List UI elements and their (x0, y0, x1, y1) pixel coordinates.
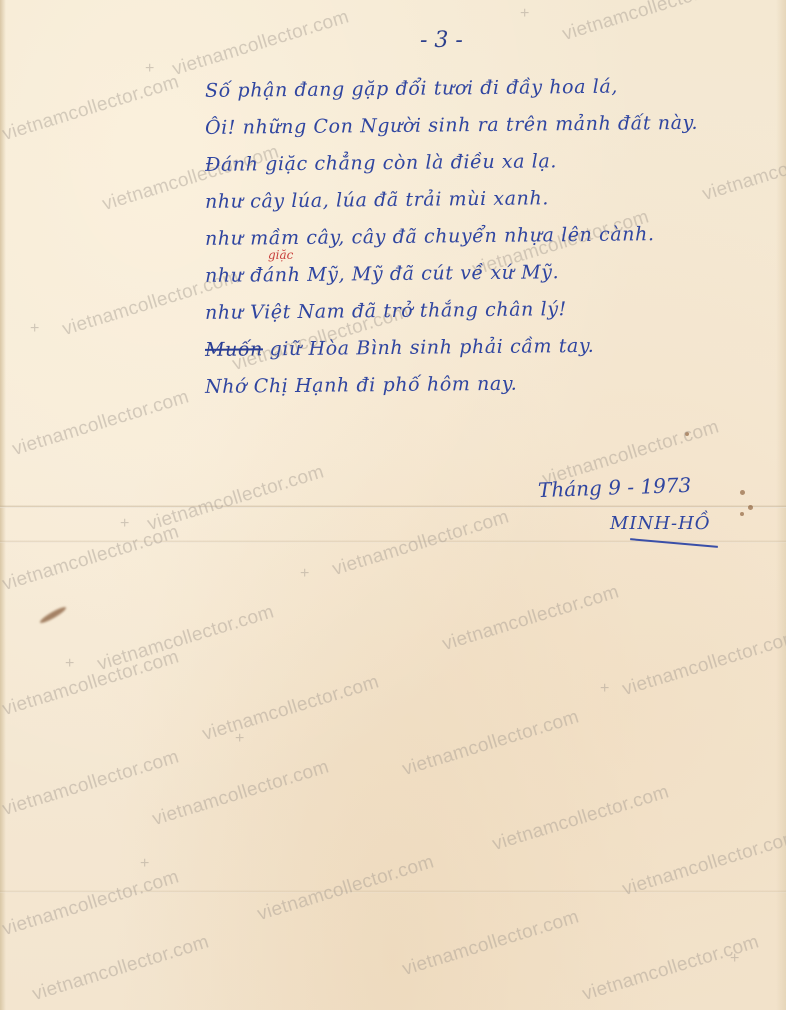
ink-stain (740, 512, 744, 516)
letter-line: như đánh Mỹ, Mỹ đã cút về xứ Mỹ. (205, 252, 765, 295)
watermark-plus: + (145, 60, 154, 78)
watermark: vietnamcollector.com (400, 906, 582, 981)
watermark: vietnamcollector.com (0, 866, 182, 941)
watermark: vietnamcollector.com (620, 626, 786, 701)
watermark: vietnamcollector.com (580, 931, 762, 1006)
letter-body: Số phận đang gặp đổi tươi đi đầy hoa lá,… (205, 70, 765, 403)
watermark-plus: + (520, 5, 529, 23)
watermark: vietnamcollector.com (330, 506, 512, 581)
letter-line-with-strike: Muốn giữ Hòa Bình sinh phải cầm tay. (205, 326, 765, 369)
watermark-plus: + (235, 730, 244, 748)
watermark: vietnamcollector.com (10, 386, 192, 461)
ink-stain (39, 605, 68, 625)
watermark-plus: + (65, 655, 74, 673)
letter-line: như Việt Nam đã trở thắng chân lý! (205, 289, 765, 332)
watermark-plus: + (730, 950, 739, 968)
watermark: vietnamcollector.com (560, 0, 742, 46)
letter-date: Tháng 9 - 1973 (538, 472, 719, 502)
letter-line: Số phận đang gặp đổi tươi đi đầy hoa lá, (205, 67, 765, 110)
watermark: vietnamcollector.com (200, 671, 382, 746)
letter-line: như cây lúa, lúa đã trải mùi xanh. (205, 178, 765, 221)
watermark-plus: + (120, 515, 129, 533)
watermark-plus: + (600, 680, 609, 698)
letter-line: Đánh giặc chẳng còn là điều xa lạ. (205, 141, 765, 184)
struck-word: Muốn (205, 338, 263, 361)
watermark: vietnamcollector.com (30, 931, 212, 1006)
letter-line: Nhớ Chị Hạnh đi phố hôm nay. (205, 363, 765, 406)
watermark: vietnamcollector.com (440, 581, 622, 656)
watermark: vietnamcollector.com (0, 521, 182, 596)
letter-line: Ôi! những Con Người sinh ra trên mảnh đấ… (205, 104, 765, 147)
letter-page: vietnamcollector.com vietnamcollector.co… (0, 0, 786, 1010)
letter-line-text: giữ Hòa Bình sinh phải cầm tay. (269, 335, 594, 360)
letter-closing: Tháng 9 - 1973 MINH-HỒ (538, 475, 718, 544)
watermark-plus: + (140, 855, 149, 873)
watermark: vietnamcollector.com (490, 781, 672, 856)
page-number: - 3 - (420, 28, 463, 53)
watermark: vietnamcollector.com (0, 71, 182, 146)
watermark-plus: + (30, 320, 39, 338)
watermark: vietnamcollector.com (0, 646, 182, 721)
ink-stain (740, 490, 745, 495)
watermark: vietnamcollector.com (255, 851, 437, 926)
letter-line: như mầm cây, cây đã chuyển nhựa lên cành… (205, 215, 765, 258)
signature-underline (630, 538, 718, 548)
ink-stain (748, 505, 753, 510)
watermark: vietnamcollector.com (400, 706, 582, 781)
signature: MINH-HỒ (610, 513, 718, 534)
watermark-plus: + (300, 565, 309, 583)
